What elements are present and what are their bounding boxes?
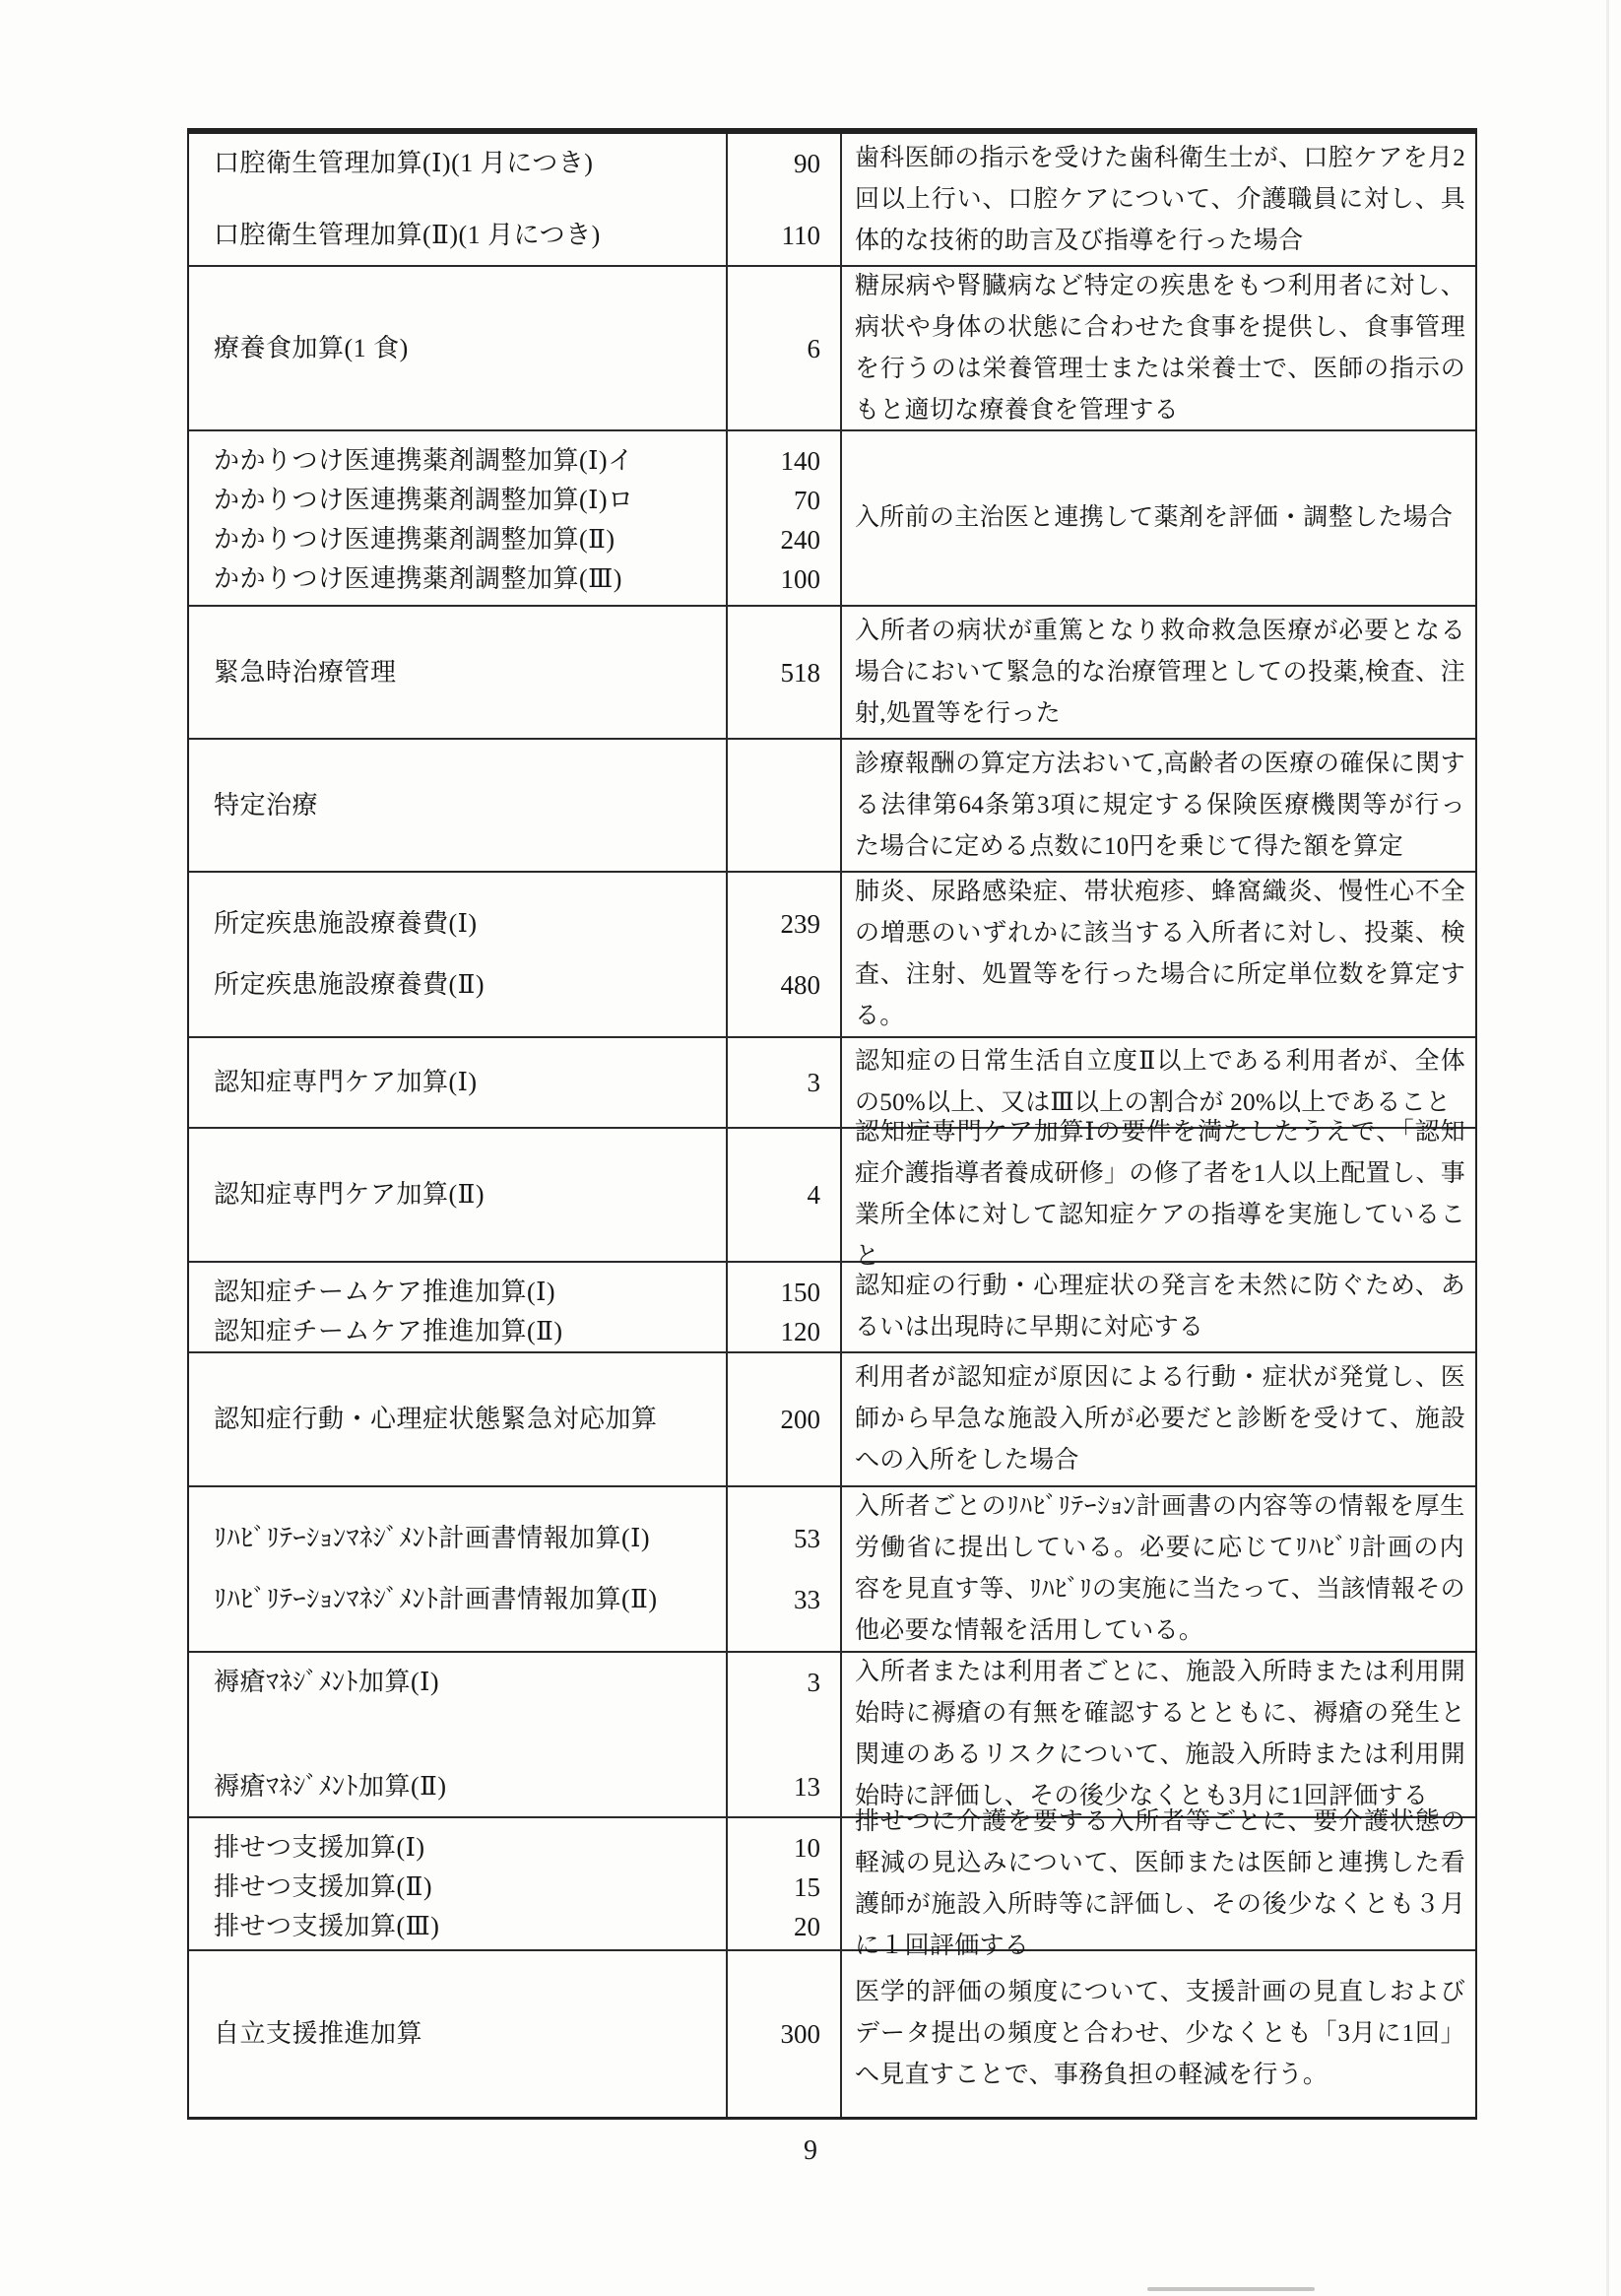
fee-name: かかりつけ医連携薬剤調整加算(Ⅱ) bbox=[214, 520, 720, 559]
fee-description: 医学的評価の頻度について、支援計画の見直しおよびデータ提出の頻度と合わせ、少なく… bbox=[855, 1972, 1465, 2096]
fee-name: 認知症チームケア推進加算(Ⅱ) bbox=[214, 1312, 720, 1351]
fee-points-cell: 4 bbox=[726, 1129, 842, 1261]
fee-points: 6 bbox=[808, 329, 821, 368]
fee-name: 所定疾患施設療養費(Ⅰ) bbox=[214, 904, 720, 944]
fee-name: 療養食加算(1 食) bbox=[214, 329, 720, 368]
fee-points: 150 bbox=[781, 1273, 821, 1312]
fee-description: 診療報酬の算定方法おいて,高齢者の医療の確保に関する法律第64条第3項に規定する… bbox=[855, 744, 1465, 868]
fee-name-cell: 認知症行動・心理症状態緊急対応加算 bbox=[189, 1353, 726, 1485]
fee-name-cell: 認知症専門ケア加算(Ⅰ) bbox=[189, 1038, 726, 1127]
fee-description-cell: 認知症専門ケア加算Ⅰの要件を満たしたうえで、「認知症介護指導者養成研修」の修了者… bbox=[842, 1129, 1475, 1261]
fee-name: 認知症専門ケア加算(Ⅱ) bbox=[214, 1175, 720, 1214]
fee-points: 110 bbox=[782, 216, 821, 255]
fee-points-cell: 150120 bbox=[726, 1263, 842, 1351]
table-row: 療養食加算(1 食) 6 糖尿病や腎臓病など特定の疾患をもつ利用者に対し、病状や… bbox=[189, 267, 1475, 431]
fee-points: 480 bbox=[781, 965, 821, 1005]
fee-name-cell: 所定疾患施設療養費(Ⅰ)所定疾患施設療養費(Ⅱ) bbox=[189, 873, 726, 1036]
fee-name: 認知症行動・心理症状態緊急対応加算 bbox=[214, 1400, 720, 1439]
fee-points-cell: 101520 bbox=[726, 1818, 842, 1949]
fee-table: 口腔衛生管理加算(Ⅰ)(1 月につき)口腔衛生管理加算(Ⅱ)(1 月につき) 9… bbox=[187, 128, 1477, 2120]
fee-description-cell: 診療報酬の算定方法おいて,高齢者の医療の確保に関する法律第64条第3項に規定する… bbox=[842, 740, 1475, 871]
fee-points-cell: 200 bbox=[726, 1353, 842, 1485]
fee-name: 口腔衛生管理加算(Ⅱ)(1 月につき) bbox=[214, 216, 720, 255]
fee-name-cell: 認知症チームケア推進加算(Ⅰ)認知症チームケア推進加算(Ⅱ) bbox=[189, 1263, 726, 1351]
table-row: 緊急時治療管理 518 入所者の病状が重篤となり救命救急医療が必要となる場合にお… bbox=[189, 607, 1475, 740]
table-row: 認知症チームケア推進加算(Ⅰ)認知症チームケア推進加算(Ⅱ) 150120 認知… bbox=[189, 1263, 1475, 1353]
fee-description: 入所前の主治医と連携して薬剤を評価・調整した場合 bbox=[855, 497, 1453, 539]
scanned-document-page: 口腔衛生管理加算(Ⅰ)(1 月につき)口腔衛生管理加算(Ⅱ)(1 月につき) 9… bbox=[0, 0, 1621, 2296]
fee-points: 15 bbox=[794, 1868, 820, 1907]
fee-points: 240 bbox=[781, 520, 821, 559]
fee-name-cell: 特定治療 bbox=[189, 740, 726, 871]
fee-points: 300 bbox=[781, 2014, 821, 2054]
fee-description: 糖尿病や腎臓病など特定の疾患をもつ利用者に対し、病状や身体の状態に合わせた食事を… bbox=[855, 266, 1465, 431]
table-row: かかりつけ医連携薬剤調整加算(Ⅰ)イかかりつけ医連携薬剤調整加算(Ⅰ)ロかかりつ… bbox=[189, 431, 1475, 607]
fee-name: 排せつ支援加算(Ⅱ) bbox=[214, 1868, 720, 1907]
fee-name: 特定治療 bbox=[214, 786, 720, 825]
scan-mark-artifact bbox=[1147, 2287, 1315, 2291]
fee-name: ﾘﾊﾋﾞﾘﾃｰｼｮﾝﾏﾈｼﾞﾒﾝﾄ計画書情報加算(Ⅰ) bbox=[214, 1519, 720, 1558]
fee-name: かかりつけ医連携薬剤調整加算(Ⅰ)ロ bbox=[214, 481, 720, 520]
fee-points-cell: 239480 bbox=[726, 873, 842, 1036]
fee-name: 褥瘡ﾏﾈｼﾞﾒﾝﾄ加算(Ⅱ) bbox=[214, 1767, 720, 1806]
fee-name: 所定疾患施設療養費(Ⅱ) bbox=[214, 965, 720, 1005]
fee-points-cell: 5333 bbox=[726, 1487, 842, 1651]
fee-points-cell: 6 bbox=[726, 267, 842, 429]
fee-description-cell: 医学的評価の頻度について、支援計画の見直しおよびデータ提出の頻度と合わせ、少なく… bbox=[842, 1951, 1475, 2117]
fee-name: 認知症専門ケア加算(Ⅰ) bbox=[214, 1063, 720, 1102]
fee-description-cell: 入所者の病状が重篤となり救命救急医療が必要となる場合において緊急的な治療管理とし… bbox=[842, 607, 1475, 738]
table-row: 特定治療 診療報酬の算定方法おいて,高齢者の医療の確保に関する法律第64条第3項… bbox=[189, 740, 1475, 873]
fee-points: 518 bbox=[781, 653, 821, 692]
fee-points: 120 bbox=[781, 1312, 821, 1351]
table-row: 認知症専門ケア加算(Ⅱ) 4 認知症専門ケア加算Ⅰの要件を満たしたうえで、「認知… bbox=[189, 1129, 1475, 1263]
fee-points-cell: 518 bbox=[726, 607, 842, 738]
fee-name-cell: ﾘﾊﾋﾞﾘﾃｰｼｮﾝﾏﾈｼﾞﾒﾝﾄ計画書情報加算(Ⅰ)ﾘﾊﾋﾞﾘﾃｰｼｮﾝﾏﾈｼ… bbox=[189, 1487, 726, 1651]
page-number: 9 bbox=[0, 2135, 1621, 2167]
fee-description: 排せつに介護を要する入所者等ごとに、要介護状態の軽減の見込みについて、医師または… bbox=[855, 1802, 1465, 1967]
fee-name: 排せつ支援加算(Ⅲ) bbox=[214, 1907, 720, 1946]
fee-description-cell: 歯科医師の指示を受けた歯科衛生士が、口腔ケアを月2回以上行い、口腔ケアについて、… bbox=[842, 134, 1475, 265]
fee-name: かかりつけ医連携薬剤調整加算(Ⅲ) bbox=[214, 559, 720, 599]
fee-name-cell: かかりつけ医連携薬剤調整加算(Ⅰ)イかかりつけ医連携薬剤調整加算(Ⅰ)ロかかりつ… bbox=[189, 431, 726, 605]
scan-edge-artifact bbox=[1606, 0, 1609, 2296]
fee-name: ﾘﾊﾋﾞﾘﾃｰｼｮﾝﾏﾈｼﾞﾒﾝﾄ計画書情報加算(Ⅱ) bbox=[214, 1580, 720, 1619]
fee-description: 歯科医師の指示を受けた歯科衛生士が、口腔ケアを月2回以上行い、口腔ケアについて、… bbox=[855, 138, 1465, 262]
fee-name-cell: 口腔衛生管理加算(Ⅰ)(1 月につき)口腔衛生管理加算(Ⅱ)(1 月につき) bbox=[189, 134, 726, 265]
fee-name: 口腔衛生管理加算(Ⅰ)(1 月につき) bbox=[214, 144, 720, 183]
table-row: ﾘﾊﾋﾞﾘﾃｰｼｮﾝﾏﾈｼﾞﾒﾝﾄ計画書情報加算(Ⅰ)ﾘﾊﾋﾞﾘﾃｰｼｮﾝﾏﾈｼ… bbox=[189, 1487, 1475, 1653]
fee-name-cell: 褥瘡ﾏﾈｼﾞﾒﾝﾄ加算(Ⅰ)褥瘡ﾏﾈｼﾞﾒﾝﾄ加算(Ⅱ) bbox=[189, 1653, 726, 1816]
fee-points: 140 bbox=[781, 441, 821, 481]
fee-description: 肺炎、尿路感染症、帯状疱疹、蜂窩織炎、慢性心不全の増悪のいずれかに該当する入所者… bbox=[855, 872, 1465, 1037]
fee-points: 20 bbox=[794, 1907, 820, 1946]
fee-name: 認知症チームケア推進加算(Ⅰ) bbox=[214, 1273, 720, 1312]
fee-points: 3 bbox=[808, 1063, 821, 1102]
fee-description-cell: 糖尿病や腎臓病など特定の疾患をもつ利用者に対し、病状や身体の状態に合わせた食事を… bbox=[842, 267, 1475, 429]
fee-points: 239 bbox=[781, 904, 821, 944]
table-row: 認知症行動・心理症状態緊急対応加算 200 利用者が認知症が原因による行動・症状… bbox=[189, 1353, 1475, 1487]
table-row: 所定疾患施設療養費(Ⅰ)所定疾患施設療養費(Ⅱ) 239480 肺炎、尿路感染症… bbox=[189, 873, 1475, 1038]
fee-name: かかりつけ医連携薬剤調整加算(Ⅰ)イ bbox=[214, 441, 720, 481]
fee-points: 100 bbox=[781, 559, 821, 599]
fee-description: 認知症の行動・心理症状の発言を未然に防ぐため、あるいは出現時に早期に対応する bbox=[855, 1266, 1465, 1348]
table-row: 自立支援推進加算 300 医学的評価の頻度について、支援計画の見直しおよびデータ… bbox=[189, 1951, 1475, 2117]
fee-points: 200 bbox=[781, 1400, 821, 1439]
fee-points-cell: 3 bbox=[726, 1038, 842, 1127]
fee-description: 認知症専門ケア加算Ⅰの要件を満たしたうえで、「認知症介護指導者養成研修」の修了者… bbox=[855, 1112, 1465, 1278]
fee-points: 90 bbox=[794, 144, 820, 183]
fee-points: 10 bbox=[794, 1828, 820, 1868]
fee-description: 入所者または利用者ごとに、施設入所時または利用開始時に褥瘡の有無を確認するととも… bbox=[855, 1652, 1465, 1817]
fee-name: 緊急時治療管理 bbox=[214, 653, 720, 692]
fee-description-cell: 肺炎、尿路感染症、帯状疱疹、蜂窩織炎、慢性心不全の増悪のいずれかに該当する入所者… bbox=[842, 873, 1475, 1036]
fee-points: 53 bbox=[794, 1519, 820, 1558]
fee-points-cell: 14070240100 bbox=[726, 431, 842, 605]
fee-points-cell: 300 bbox=[726, 1951, 842, 2117]
fee-description: 入所者ごとのﾘﾊﾋﾞﾘﾃｰｼｮﾝ計画書の内容等の情報を厚生労働省に提出している。… bbox=[855, 1486, 1465, 1652]
table-row: 褥瘡ﾏﾈｼﾞﾒﾝﾄ加算(Ⅰ)褥瘡ﾏﾈｼﾞﾒﾝﾄ加算(Ⅱ) 313 入所者または利… bbox=[189, 1653, 1475, 1818]
fee-points-cell: 90110 bbox=[726, 134, 842, 265]
fee-points: 3 bbox=[808, 1663, 821, 1702]
fee-points: 70 bbox=[794, 481, 820, 520]
table-row: 口腔衛生管理加算(Ⅰ)(1 月につき)口腔衛生管理加算(Ⅱ)(1 月につき) 9… bbox=[189, 134, 1475, 267]
fee-name: 排せつ支援加算(Ⅰ) bbox=[214, 1828, 720, 1868]
fee-name-cell: 療養食加算(1 食) bbox=[189, 267, 726, 429]
fee-points: 33 bbox=[794, 1580, 820, 1619]
fee-description-cell: 利用者が認知症が原因による行動・症状が発覚し、医師から早急な施設入所が必要だと診… bbox=[842, 1353, 1475, 1485]
fee-name-cell: 排せつ支援加算(Ⅰ)排せつ支援加算(Ⅱ)排せつ支援加算(Ⅲ) bbox=[189, 1818, 726, 1949]
fee-name: 褥瘡ﾏﾈｼﾞﾒﾝﾄ加算(Ⅰ) bbox=[214, 1663, 720, 1702]
fee-points: 4 bbox=[808, 1175, 821, 1214]
fee-points-cell: 313 bbox=[726, 1653, 842, 1816]
fee-description: 利用者が認知症が原因による行動・症状が発覚し、医師から早急な施設入所が必要だと診… bbox=[855, 1357, 1465, 1481]
fee-description: 入所者の病状が重篤となり救命救急医療が必要となる場合において緊急的な治療管理とし… bbox=[855, 611, 1465, 735]
fee-name: 自立支援推進加算 bbox=[214, 2014, 720, 2054]
fee-description-cell: 入所者ごとのﾘﾊﾋﾞﾘﾃｰｼｮﾝ計画書の内容等の情報を厚生労働省に提出している。… bbox=[842, 1487, 1475, 1651]
fee-name-cell: 緊急時治療管理 bbox=[189, 607, 726, 738]
fee-points: 13 bbox=[794, 1767, 820, 1806]
fee-description-cell: 排せつに介護を要する入所者等ごとに、要介護状態の軽減の見込みについて、医師または… bbox=[842, 1818, 1475, 1949]
fee-description-cell: 入所前の主治医と連携して薬剤を評価・調整した場合 bbox=[842, 431, 1475, 605]
fee-description-cell: 認知症の行動・心理症状の発言を未然に防ぐため、あるいは出現時に早期に対応する bbox=[842, 1263, 1475, 1351]
fee-name-cell: 自立支援推進加算 bbox=[189, 1951, 726, 2117]
fee-description-cell: 入所者または利用者ごとに、施設入所時または利用開始時に褥瘡の有無を確認するととも… bbox=[842, 1653, 1475, 1816]
fee-points-cell bbox=[726, 740, 842, 871]
fee-name-cell: 認知症専門ケア加算(Ⅱ) bbox=[189, 1129, 726, 1261]
table-row: 排せつ支援加算(Ⅰ)排せつ支援加算(Ⅱ)排せつ支援加算(Ⅲ) 101520 排せ… bbox=[189, 1818, 1475, 1951]
